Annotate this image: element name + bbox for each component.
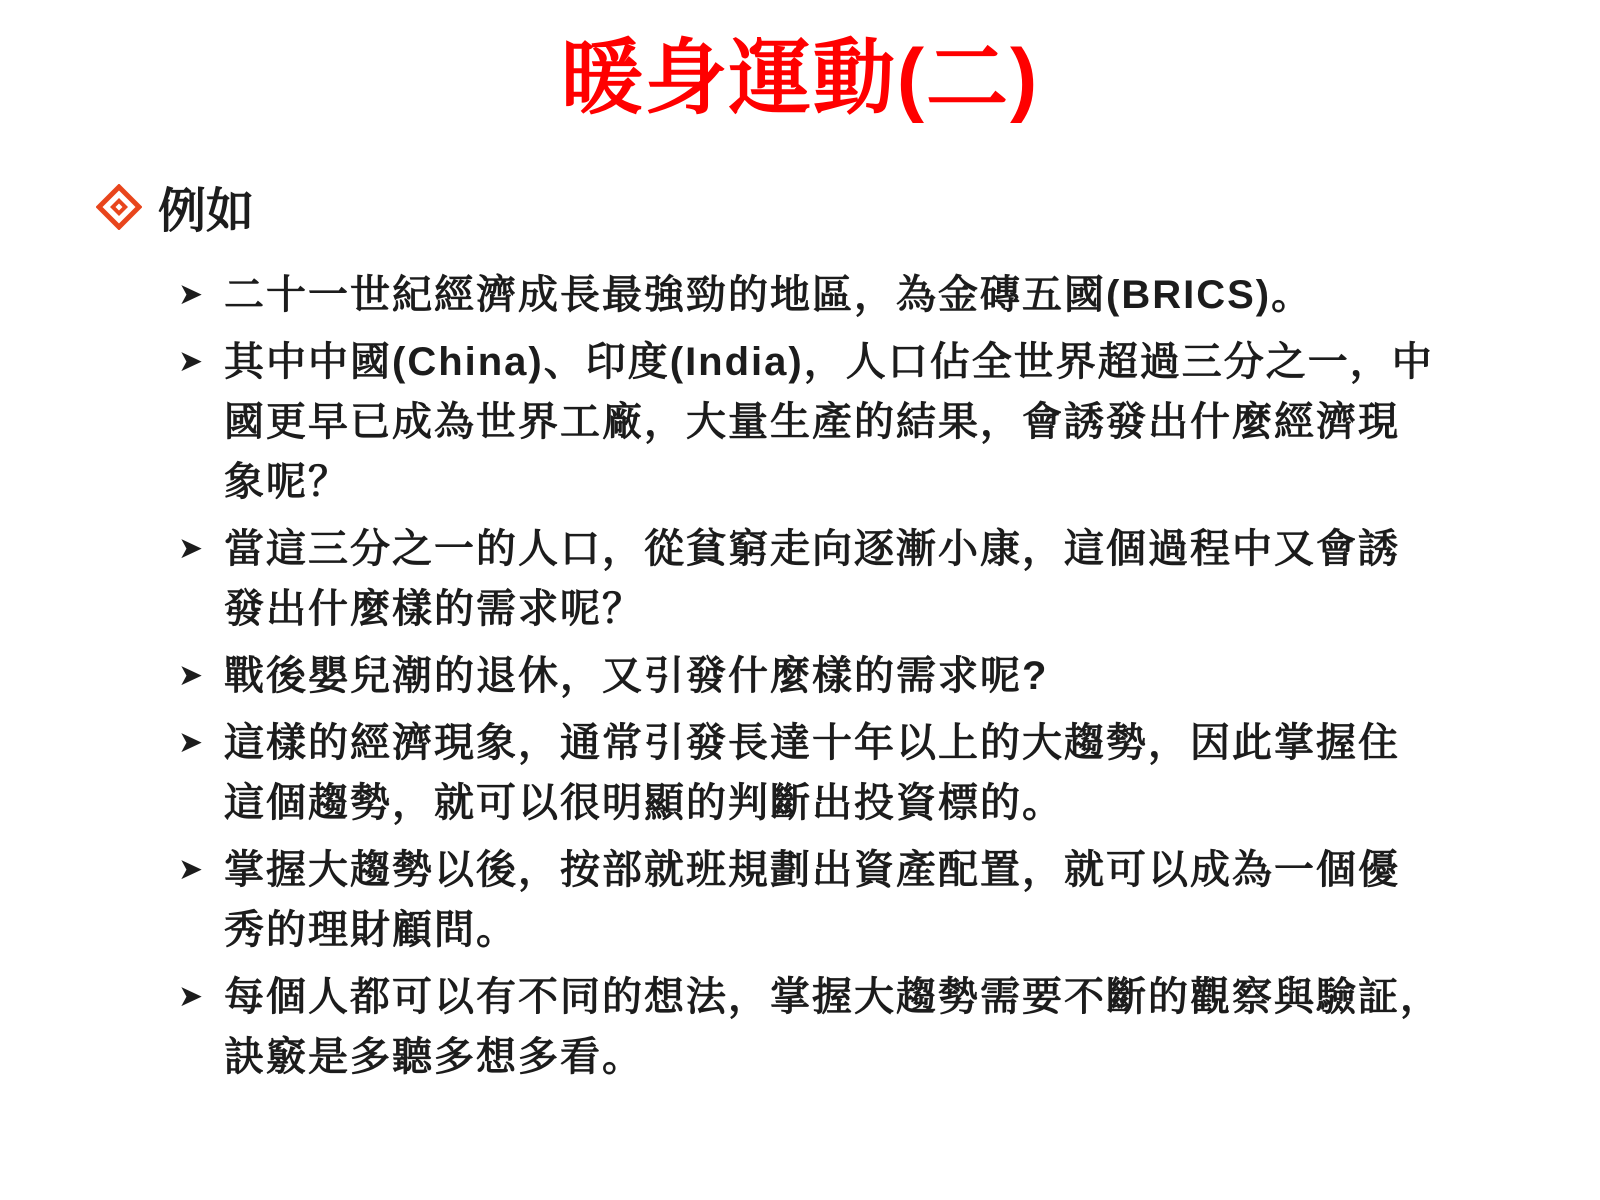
bullet-text-line: 其中中國(China)、印度(India)，人口佔全世界超過三分之一，中 (224, 332, 1434, 392)
arrow-bullet-icon: ➤ (178, 840, 224, 960)
arrow-bullet-icon: ➤ (178, 646, 224, 706)
slide-title: 暖身運動(二) (0, 0, 1600, 128)
section-heading-label: 例如 (158, 172, 254, 241)
bullet-text-line: 戰後嬰兒潮的退休，又引發什麼樣的需求呢? (224, 646, 1048, 706)
bullet-text-line: 這樣的經濟現象，通常引發長達十年以上的大趨勢，因此掌握住 (224, 713, 1400, 773)
bullet-text-line: 掌握大趨勢以後，按部就班規劃出資產配置，就可以成為一個優 (224, 840, 1400, 900)
list-item: ➤ 每個人都可以有不同的想法，掌握大趨勢需要不斷的觀察與驗証， 訣竅是多聽多想多… (178, 967, 1528, 1087)
bullet-text-line: 二十一世紀經濟成長最強勁的地區，為金磚五國(BRICS)。 (224, 265, 1313, 325)
arrow-bullet-icon: ➤ (178, 519, 224, 639)
list-item: ➤ 其中中國(China)、印度(India)，人口佔全世界超過三分之一，中 國… (178, 332, 1528, 512)
list-item: ➤ 這樣的經濟現象，通常引發長達十年以上的大趨勢，因此掌握住 這個趨勢，就可以很… (178, 713, 1528, 833)
list-item: ➤ 二十一世紀經濟成長最強勁的地區，為金磚五國(BRICS)。 (178, 265, 1528, 325)
arrow-bullet-icon: ➤ (178, 713, 224, 833)
bullet-text-line: 象呢？ (224, 452, 1434, 512)
arrow-bullet-icon: ➤ (178, 967, 224, 1087)
arrow-bullet-icon: ➤ (178, 332, 224, 512)
bullet-list: ➤ 二十一世紀經濟成長最強勁的地區，為金磚五國(BRICS)。 ➤ 其中中國(C… (178, 265, 1528, 1087)
arrow-bullet-icon: ➤ (178, 265, 224, 325)
bullet-text-line: 秀的理財顧問。 (224, 900, 1400, 960)
bullet-text-line: 發出什麼樣的需求呢？ (224, 579, 1400, 639)
list-item: ➤ 當這三分之一的人口，從貧窮走向逐漸小康，這個過程中又會誘 發出什麼樣的需求呢… (178, 519, 1528, 639)
list-item: ➤ 掌握大趨勢以後，按部就班規劃出資產配置，就可以成為一個優 秀的理財顧問。 (178, 840, 1528, 960)
bullet-text-line: 這個趨勢，就可以很明顯的判斷出投資標的。 (224, 773, 1400, 833)
bullet-text-line: 國更早已成為世界工廠，大量生產的結果，會誘發出什麼經濟現 (224, 392, 1434, 452)
section-heading: 例如 (96, 172, 1600, 241)
list-item: ➤ 戰後嬰兒潮的退休，又引發什麼樣的需求呢? (178, 646, 1528, 706)
concentric-diamond-icon (96, 184, 142, 230)
bullet-text-line: 當這三分之一的人口，從貧窮走向逐漸小康，這個過程中又會誘 (224, 519, 1400, 579)
bullet-text-line: 每個人都可以有不同的想法，掌握大趨勢需要不斷的觀察與驗証， (224, 967, 1442, 1027)
bullet-text-line: 訣竅是多聽多想多看。 (224, 1027, 1442, 1087)
presentation-slide: 暖身運動(二) 例如 ➤ 二十一世紀經濟成長最強勁的地區，為金磚五國(BRICS… (0, 0, 1600, 1200)
